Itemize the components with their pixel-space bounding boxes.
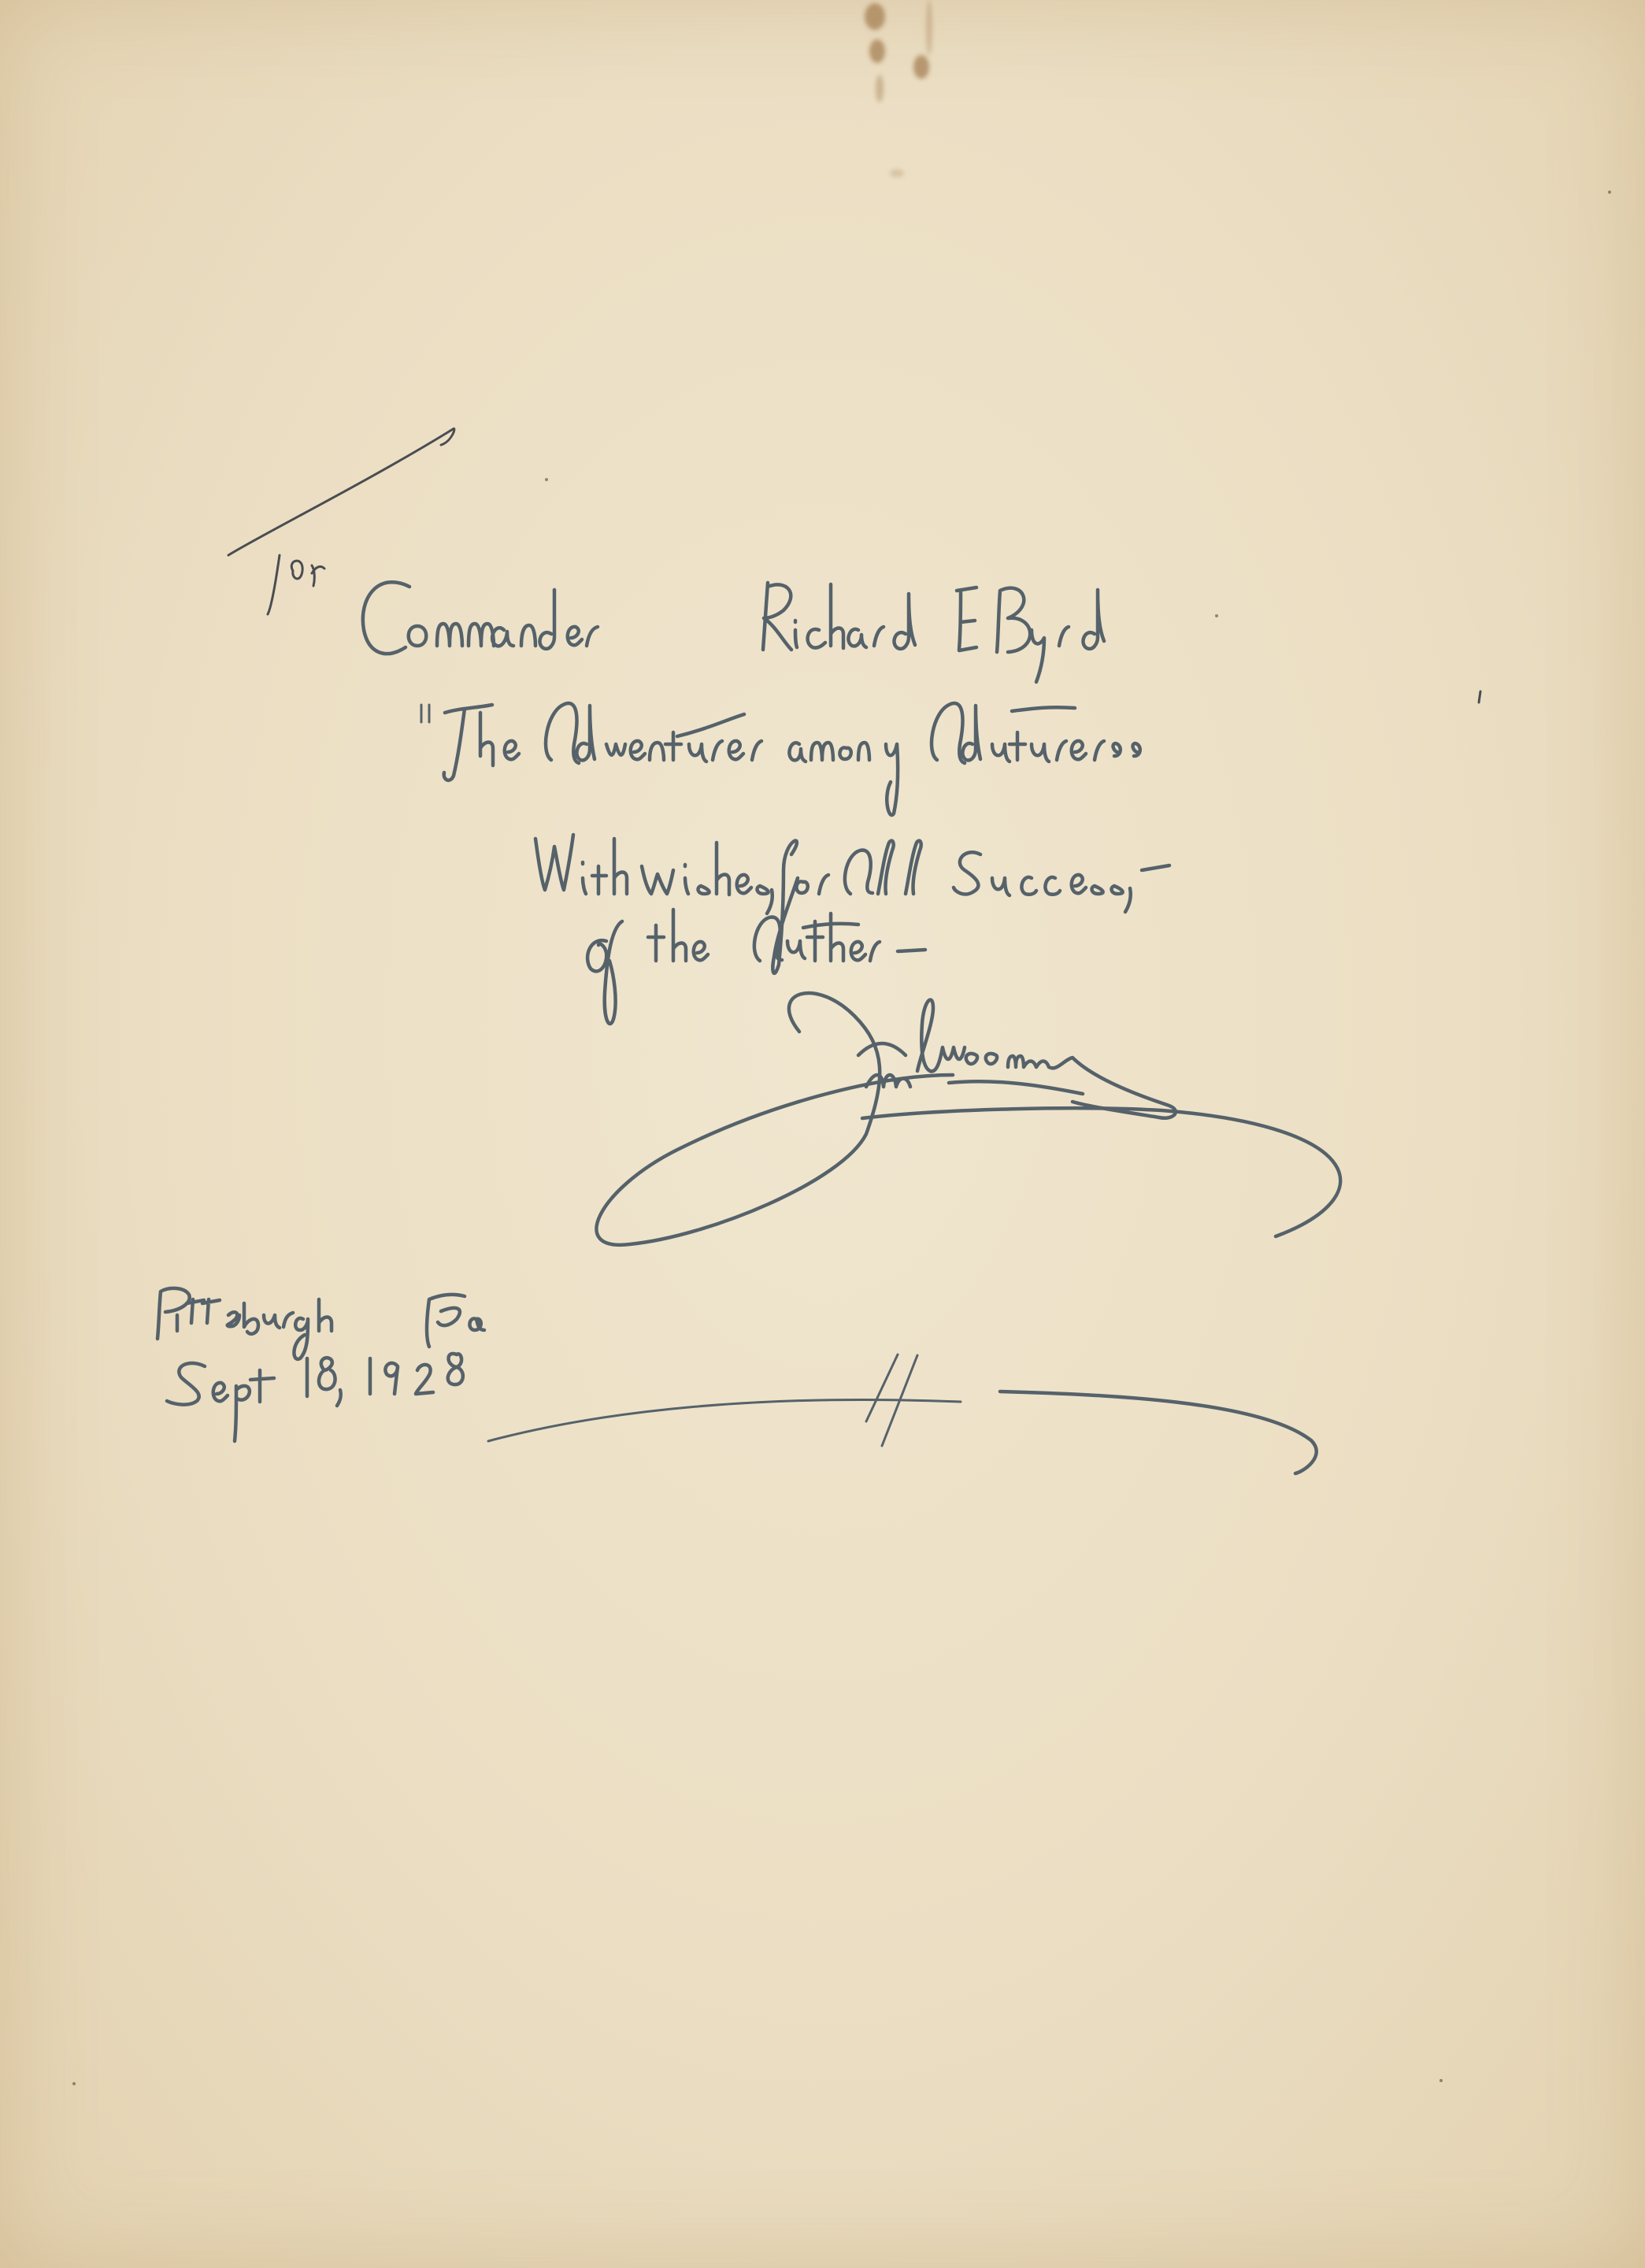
recipient-text: Commander Richard E Byrd xyxy=(362,583,1150,647)
place-text: Pittsburgh Pa xyxy=(154,1291,425,1337)
quote-text: "The Adventurer among Adventurers" xyxy=(417,701,1326,756)
date-text: Sept 18, 1928 xyxy=(169,1354,449,1400)
wishes-text: With wishes, for All Success, — xyxy=(528,835,1280,890)
inscription-page: To Commander Richard E Byrd "The Adventu… xyxy=(0,0,1645,2268)
from-text: Of the author — xyxy=(583,917,968,973)
handwriting-ink xyxy=(0,0,1645,2268)
salutation-text: To xyxy=(276,543,313,580)
signature: James E. Moore xyxy=(787,1024,1230,1088)
